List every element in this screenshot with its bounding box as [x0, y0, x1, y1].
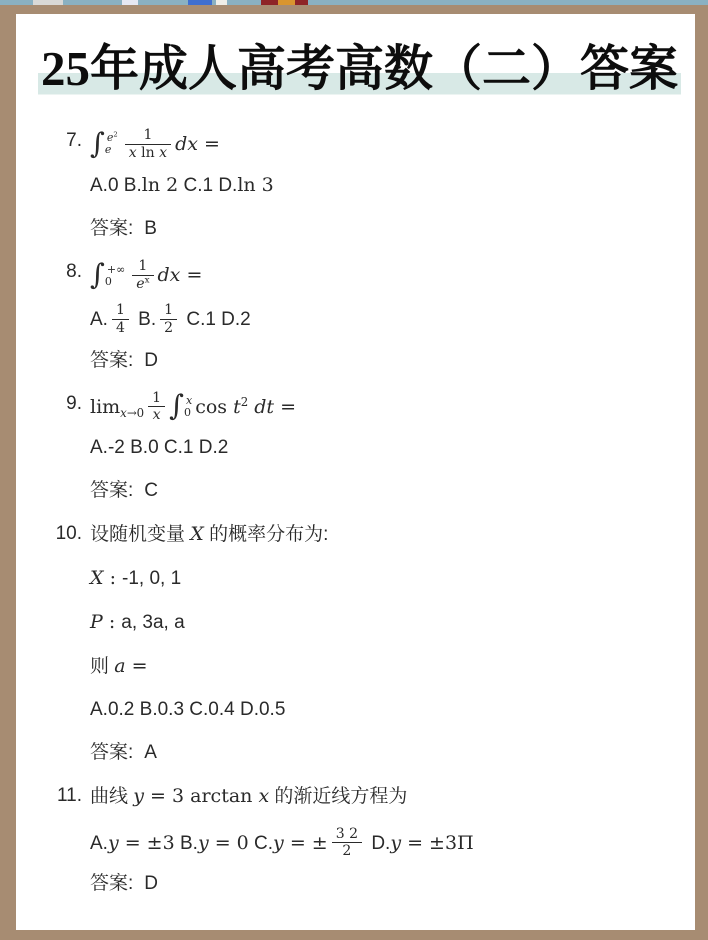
fraction: 3 22	[332, 826, 362, 860]
integral-lower-limit: 0	[105, 276, 125, 288]
question-block: 7.∫e2e1x ln xdx =A.0 B.ln 2 C.1 D.ln 3答案…	[90, 128, 675, 242]
text-run: 的概率分布为:	[204, 524, 329, 545]
integral: ∫e2e	[90, 130, 118, 159]
math-variable: x	[159, 145, 167, 161]
math-roman: = ±	[284, 832, 328, 854]
answer-row: 答案:D	[90, 348, 675, 374]
answer-value: B	[144, 218, 157, 239]
fraction-numerator: 1	[112, 302, 129, 320]
fraction: 1x ln x	[125, 127, 171, 161]
fraction-numerator: 1	[125, 127, 171, 145]
blue-app-icon-fragment[interactable]	[188, 0, 212, 5]
math-roman: 1	[116, 302, 125, 318]
integral-lower-limit: e	[105, 144, 118, 156]
integral-limits: x0	[186, 394, 192, 419]
stem-row: 则 a =	[90, 653, 675, 680]
text-run: C.1 D.2	[181, 309, 251, 330]
math-roman: 3 2	[336, 826, 358, 842]
math-roman: 1	[138, 258, 147, 274]
math-roman: :	[103, 611, 121, 633]
text-run: A.0 B.	[90, 175, 142, 196]
question-block: 11.曲线 y = 3 arctan x 的渐近线方程为A.y = ±3 B.y…	[90, 783, 675, 897]
fraction-denominator: x	[148, 407, 165, 424]
math-variable: y	[108, 832, 119, 854]
question-number: 7.	[46, 128, 82, 154]
answer-label: 答案:	[90, 350, 133, 371]
math-variable: dt	[248, 396, 274, 418]
math-variable: dx	[175, 133, 198, 155]
integral-sign-icon: ∫	[90, 261, 105, 290]
math-roman: cos	[195, 396, 233, 418]
answer-row: 答案:C	[90, 478, 675, 504]
math-roman: 0	[184, 406, 191, 419]
math-variable: X	[90, 567, 104, 589]
math-variable: X	[190, 523, 204, 545]
text-run: A.	[90, 309, 108, 330]
answer-value: A	[144, 742, 157, 763]
text-run: C.1 D.	[178, 175, 237, 196]
fraction-numerator: 1	[160, 302, 177, 320]
stem-row: 11.曲线 y = 3 arctan x 的渐近线方程为	[90, 783, 675, 810]
fraction: 12	[160, 302, 177, 336]
page-title-text: 25年成人高考高数（二）答案	[38, 41, 681, 96]
math-roman: =	[180, 264, 202, 286]
math-roman: = ±3	[119, 832, 175, 854]
answer-row: 答案:A	[90, 740, 675, 766]
fraction-numerator: 1	[132, 258, 153, 276]
math-roman: ln	[137, 145, 159, 161]
fraction: 1x	[148, 390, 165, 424]
question-number: 10.	[46, 521, 82, 547]
stem-row: P : a, 3a, a	[90, 609, 675, 636]
fraction-numerator: 1	[148, 390, 165, 408]
text-run: 的渐近线方程为	[269, 786, 407, 807]
answer-value: C	[144, 480, 158, 501]
document-page: 25年成人高考高数（二）答案 7.∫e2e1x ln xdx =A.0 B.ln…	[16, 14, 695, 930]
math-variable: y	[198, 832, 209, 854]
text-run: D.	[366, 833, 390, 854]
math-roman: 2	[342, 843, 351, 859]
math-roman: :	[104, 567, 122, 589]
integral-limits: +∞0	[107, 263, 125, 288]
answer-value: D	[144, 350, 158, 371]
math-variable: e	[105, 143, 112, 156]
integral-sign-icon: ∫	[169, 392, 184, 421]
answer-label: 答案:	[90, 480, 133, 501]
stem-row: 10.设随机变量 X 的概率分布为:	[90, 521, 675, 548]
integral: ∫+∞0	[90, 261, 125, 290]
math-variable: x	[153, 407, 161, 423]
question-number: 11.	[46, 783, 82, 809]
document-icon-fragment[interactable]	[122, 0, 138, 5]
options-row: A.14 B.12 C.1 D.2	[90, 303, 675, 337]
math-roman: 2	[164, 320, 173, 336]
math-roman: =	[126, 655, 148, 677]
math-roman: =	[274, 396, 296, 418]
options-row: A.0.2 B.0.3 C.0.4 D.0.5	[90, 697, 675, 723]
answer-label: 答案:	[90, 742, 133, 763]
text-run: A.0.2 B.0.3 C.0.4 D.0.5	[90, 699, 285, 720]
math-variable: a	[114, 655, 125, 677]
math-variable: x	[120, 406, 127, 420]
fraction-denominator: 2	[160, 320, 177, 337]
answer-value: D	[144, 873, 158, 894]
fraction: 14	[112, 302, 129, 336]
text-run: 设随机变量	[90, 524, 190, 545]
answer-label: 答案:	[90, 873, 133, 894]
math-variable: dx	[158, 264, 181, 286]
answer-row: 答案:D	[90, 871, 675, 897]
math-variable: x	[129, 145, 137, 161]
math-variable: t	[233, 396, 241, 418]
integral-lower-limit: 0	[184, 407, 192, 419]
stem-row: 8.∫+∞01exdx =	[90, 259, 675, 293]
math-roman: 1	[143, 127, 152, 143]
white-app-icon-fragment[interactable]	[216, 0, 227, 5]
text-run: 则	[90, 656, 114, 677]
math-variable: y	[390, 832, 401, 854]
integral-limits: e2e	[107, 131, 118, 156]
stem-row: 9.limx→01x∫x0cos t2 dt =	[90, 391, 675, 425]
math-roman: lim	[90, 396, 120, 418]
math-roman: = 3 arctan	[144, 785, 258, 807]
question-block: 8.∫+∞01exdx =A.14 B.12 C.1 D.2答案:D	[90, 259, 675, 373]
math-roman: 1	[164, 302, 173, 318]
math-variable: x	[258, 785, 269, 807]
window-titlebar-fragment[interactable]	[33, 0, 63, 5]
math-roman: ln 2	[142, 174, 178, 196]
question-block: 9.limx→01x∫x0cos t2 dt =A.-2 B.0 C.1 D.2…	[90, 391, 675, 504]
fraction-denominator: 4	[112, 320, 129, 337]
page-title: 25年成人高考高数（二）答案	[38, 40, 695, 98]
stem-row: 7.∫e2e1x ln xdx =	[90, 128, 675, 162]
math-roman: =	[198, 133, 220, 155]
text-run: a, 3a, a	[121, 612, 184, 633]
question-number: 8.	[46, 259, 82, 285]
math-variable: e	[136, 276, 144, 292]
fraction-denominator: ex	[132, 276, 153, 293]
text-run: B.	[133, 309, 156, 330]
math-roman: = 0	[209, 832, 249, 854]
integral: ∫x0	[169, 392, 192, 421]
text-run: 曲线	[90, 786, 133, 807]
math-variable: y	[273, 832, 284, 854]
fraction: 1ex	[132, 258, 153, 292]
stem-row: X : -1, 0, 1	[90, 565, 675, 592]
question-block: 10.设随机变量 X 的概率分布为:X : -1, 0, 1P : a, 3a,…	[90, 521, 675, 766]
orange-icon-fragment[interactable]	[278, 0, 295, 5]
integral-sign-icon: ∫	[90, 130, 105, 159]
text-run: A.	[90, 833, 108, 854]
options-row: A.y = ±3 B.y = 0 C.y = ±3 22 D.y = ±3Π	[90, 827, 675, 861]
superscript: 2	[113, 131, 117, 139]
text-run: B.	[175, 833, 198, 854]
superscript: x	[145, 275, 150, 285]
options-row: A.0 B.ln 2 C.1 D.ln 3	[90, 172, 675, 199]
options-row: A.-2 B.0 C.1 D.2	[90, 435, 675, 461]
text-run: -1, 0, 1	[122, 568, 181, 589]
red-icon-left-fragment[interactable]	[261, 0, 278, 5]
red-icon-right-fragment[interactable]	[295, 0, 308, 5]
question-number: 9.	[46, 391, 82, 417]
math-roman: →0	[127, 406, 144, 420]
subscript: x→0	[120, 407, 144, 420]
questions-list: 7.∫e2e1x ln xdx =A.0 B.ln 2 C.1 D.ln 3答案…	[90, 128, 675, 897]
text-run: C.	[249, 833, 273, 854]
math-roman: = ±3Π	[401, 832, 474, 854]
fraction-denominator: 2	[332, 843, 362, 860]
fraction-numerator: 3 2	[332, 826, 362, 844]
math-roman: 4	[116, 320, 125, 336]
desktop-taskbar-strip	[0, 0, 708, 5]
answer-row: 答案:B	[90, 216, 675, 242]
math-roman: ln 3	[237, 174, 273, 196]
text-run: A.-2 B.0 C.1 D.2	[90, 437, 228, 458]
answer-label: 答案:	[90, 218, 133, 239]
math-variable: P	[90, 611, 103, 633]
math-roman: 0	[105, 275, 112, 288]
math-variable: y	[133, 785, 144, 807]
math-roman: 1	[152, 390, 161, 406]
fraction-denominator: x ln x	[125, 145, 171, 162]
